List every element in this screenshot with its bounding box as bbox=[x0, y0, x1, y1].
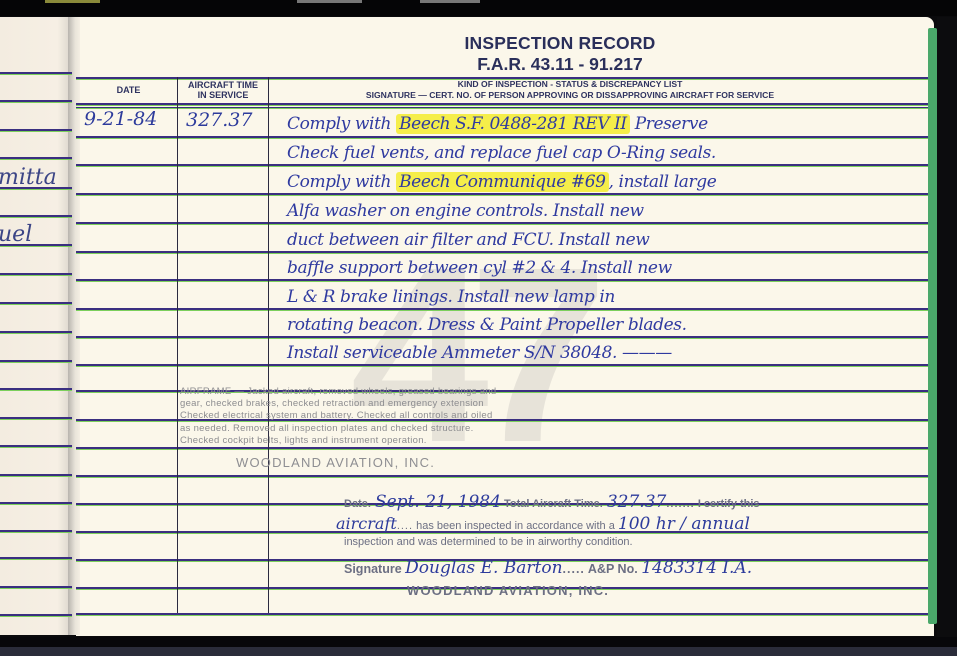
stamp-line: gear, checked brakes, checked retraction… bbox=[180, 398, 570, 410]
cert-total-time-label: Total Aircraft Time bbox=[504, 498, 600, 510]
cert-date-row: Date. Sept. 21, 1984 Total Aircraft Time… bbox=[344, 492, 760, 512]
entry-text: Preserve bbox=[630, 114, 708, 134]
cert-certify-text: I certify this bbox=[698, 498, 760, 510]
stamp-line: AIRFRAME — Jacked aircraft, removed whee… bbox=[180, 386, 570, 398]
scan-right-edge bbox=[937, 17, 957, 637]
cert-signature-label: Signature bbox=[344, 562, 402, 576]
regulation-reference: F.A.R. 43.11 - 91.217 bbox=[300, 54, 820, 74]
entry-text: Install serviceable Ammeter S/N 38048. —… bbox=[287, 343, 672, 363]
entry-line: Install serviceable Ammeter S/N 38048. —… bbox=[287, 343, 672, 363]
entry-text: Comply with bbox=[287, 114, 396, 134]
stamp-line: Checked cockpit belts, lights and instru… bbox=[180, 435, 570, 447]
entry-text: duct between air filter and FCU. Install… bbox=[287, 230, 649, 250]
entry-line: Alfa washer on engine controls. Install … bbox=[287, 201, 644, 221]
entry-text: Comply with bbox=[287, 172, 396, 192]
cert-company-name: WOODLAND AVIATION, INC. bbox=[407, 583, 609, 598]
highlighted-reference: Beech S.F. 0488-281 REV II bbox=[396, 114, 630, 134]
edge-artifact bbox=[420, 0, 480, 3]
entry-date: 9-21-84 bbox=[84, 108, 157, 130]
cert-ap-label: A&P No. bbox=[588, 562, 638, 576]
entry-line: Check fuel vents, and replace fuel cap O… bbox=[287, 143, 716, 163]
column-header-date: DATE bbox=[80, 85, 177, 95]
cert-aircraft-value: aircraft bbox=[336, 514, 397, 533]
entry-text: L & R brake linings. Install new lamp in bbox=[287, 287, 615, 307]
entry-line: Comply with Beech S.F. 0488-281 REV II P… bbox=[287, 114, 708, 134]
kind-header-line2: SIGNATURE — CERT. NO. OF PERSON APPROVIN… bbox=[270, 90, 870, 101]
cert-ap-number: 1483314 I.A. bbox=[641, 558, 752, 578]
entry-line: L & R brake linings. Install new lamp in bbox=[287, 287, 615, 307]
entry-text: Alfa washer on engine controls. Install … bbox=[287, 201, 644, 221]
entry-line: rotating beacon. Dress & Paint Propeller… bbox=[287, 315, 687, 335]
highlighted-reference: Beech Communique #69 bbox=[396, 172, 608, 192]
entry-line: Comply with Beech Communique #69, instal… bbox=[287, 172, 716, 192]
page-title: INSPECTION RECORD bbox=[300, 33, 820, 53]
stamp-line: Checked electrical system and battery. C… bbox=[180, 410, 570, 422]
edge-artifact bbox=[45, 0, 100, 3]
column-header-aircraft-time: AIRCRAFT TIME IN SERVICE bbox=[178, 80, 268, 100]
left-page bbox=[0, 17, 72, 635]
column-header-aircraft-time-line2: IN SERVICE bbox=[178, 90, 268, 100]
cert-airworthy-text: inspection and was determined to be in a… bbox=[344, 536, 633, 548]
cert-date-value: Sept. 21, 1984 bbox=[375, 492, 501, 512]
entry-line: duct between air filter and FCU. Install… bbox=[287, 230, 649, 250]
cert-aircraft-row: aircraft.... has been inspected in accor… bbox=[336, 514, 750, 534]
cert-inspected-text: has been inspected in accordance with a bbox=[416, 520, 615, 532]
stamp-line: as needed. Removed all inspection plates… bbox=[180, 423, 570, 435]
entry-aircraft-time: 327.37 bbox=[186, 109, 252, 131]
edge-artifact bbox=[297, 0, 362, 3]
entry-text: baffle support between cyl #2 & 4. Insta… bbox=[287, 258, 672, 278]
entry-line: baffle support between cyl #2 & 4. Insta… bbox=[287, 258, 672, 278]
column-header-kind-of-inspection: KIND OF INSPECTION - STATUS & DISCREPANC… bbox=[270, 79, 870, 101]
airframe-inspection-stamp: AIRFRAME — Jacked aircraft, removed whee… bbox=[180, 386, 570, 447]
cert-total-time-value: 327.37 bbox=[607, 492, 666, 512]
book-gutter bbox=[68, 17, 80, 635]
page-green-edge bbox=[928, 28, 937, 624]
cert-date-label: Date bbox=[344, 498, 368, 510]
stamp-company-name: WOODLAND AVIATION, INC. bbox=[236, 455, 435, 470]
entry-text: Check fuel vents, and replace fuel cap O… bbox=[287, 143, 716, 163]
kind-header-line1: KIND OF INSPECTION - STATUS & DISCREPANC… bbox=[270, 79, 870, 90]
entry-text: , install large bbox=[609, 172, 717, 192]
scan-top-edge bbox=[0, 0, 957, 16]
entry-text: rotating beacon. Dress & Paint Propeller… bbox=[287, 315, 687, 335]
cert-inspection-type: 100 hr / annual bbox=[618, 514, 750, 534]
scan-bottom-edge bbox=[0, 637, 957, 656]
column-header-aircraft-time-line1: AIRCRAFT TIME bbox=[178, 80, 268, 90]
cert-signature-row: Signature Douglas E. Barton..... A&P No.… bbox=[344, 558, 752, 578]
cert-signature-value: Douglas E. Barton bbox=[405, 558, 562, 578]
left-page-handwriting: uel bbox=[0, 222, 32, 247]
left-page-handwriting: mitta bbox=[0, 165, 57, 190]
